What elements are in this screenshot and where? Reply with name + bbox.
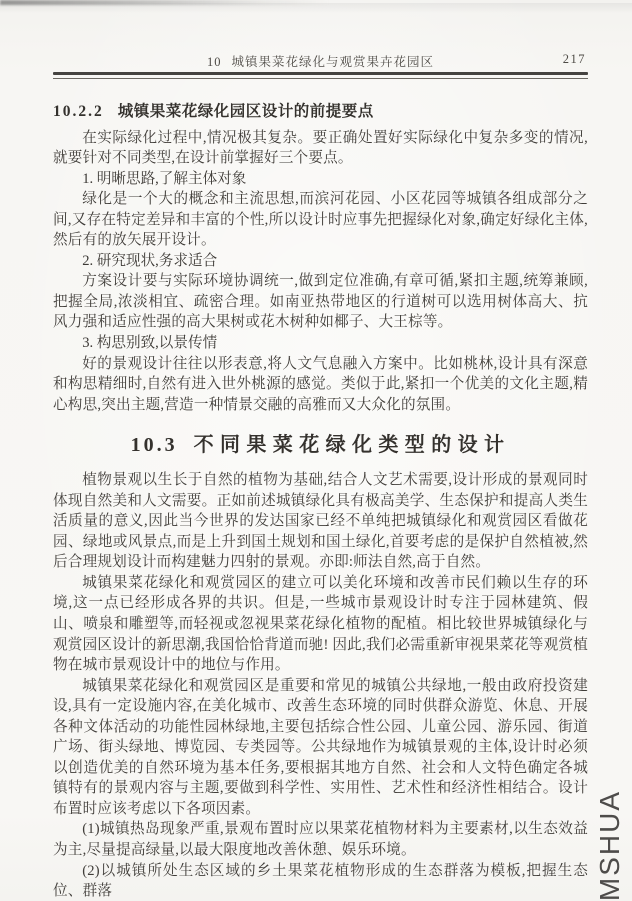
paragraph: 植物景观以生长于自然的植物为基础,结合人文艺术需要,设计形成的景观同时体现自然美… — [53, 470, 588, 573]
watermark-text: MSHUA — [594, 790, 626, 901]
numbered-point-2: 2. 研究现状,务求适合 — [53, 251, 588, 272]
scanned-book-page: 10城镇果菜花绿化与观赏果卉花园区 217 10.2.2城镇果菜花绿化园区设计的… — [0, 0, 632, 901]
section-heading-10-3: 10.3不同果菜花绿化类型的设计 — [53, 428, 588, 457]
numbered-point-3: 3. 构思别致,以景传情 — [53, 333, 588, 354]
section-number: 10.2.2 — [53, 103, 104, 120]
page-content: 10城镇果菜花绿化与观赏果卉花园区 217 10.2.2城镇果菜花绿化园区设计的… — [0, 0, 632, 901]
numbered-point-1: 1. 明晰思路,了解主体对象 — [53, 169, 588, 190]
paragraph: 方案设计要与实际环境协调统一,做到定位准确,有章可循,紧扣主题,统筹兼顾,把握全… — [53, 271, 588, 333]
paragraph: 城镇果菜花绿化和观赏园区的建立可以美化环境和改善市民们赖以生存的环境,这一点已经… — [53, 573, 588, 676]
paragraph: (2)以城镇所处生态区域的乡土果菜花植物形成的生态群落为模板,把握生态位、群落 — [53, 861, 588, 901]
running-chapter-title: 城镇果菜花绿化与观赏果卉花园区 — [231, 55, 434, 69]
paragraph: 城镇果菜花绿化和观赏园区是重要和常见的城镇公共绿地,一般由政府投资建设,具有一定… — [53, 676, 588, 820]
section-title: 城镇果菜花绿化园区设计的前提要点 — [118, 103, 374, 120]
section-title: 不同果菜花绿化类型的设计 — [194, 434, 511, 456]
running-title: 10城镇果菜花绿化与观赏果卉花园区 — [53, 52, 588, 70]
paragraph: (1)城镇热岛现象严重,景观布置时应以果菜花植物材料为主要素材,以生态效益为主,… — [53, 819, 588, 860]
header-rule-thick — [53, 72, 588, 75]
page-number: 217 — [563, 52, 586, 67]
paragraph: 绿化是一个大的概念和主流思想,而滨河花园、小区花园等城镇各组成部分之间,又存在特… — [53, 189, 588, 251]
section-heading-10-2-2: 10.2.2城镇果菜花绿化园区设计的前提要点 — [53, 99, 588, 121]
header-rule-thin — [53, 78, 588, 79]
running-head: 10城镇果菜花绿化与观赏果卉花园区 217 — [53, 52, 588, 67]
paragraph: 好的景观设计往往以形表意,将人文气息融入方案中。比如桃林,设计具有深意和构思精细… — [53, 354, 588, 416]
paragraph: 在实际绿化过程中,情况极其复杂。要正确处置好实际绿化中复杂多变的情况,就要针对不… — [53, 128, 588, 169]
section-number: 10.3 — [131, 434, 178, 456]
running-chapter-number: 10 — [207, 55, 222, 69]
